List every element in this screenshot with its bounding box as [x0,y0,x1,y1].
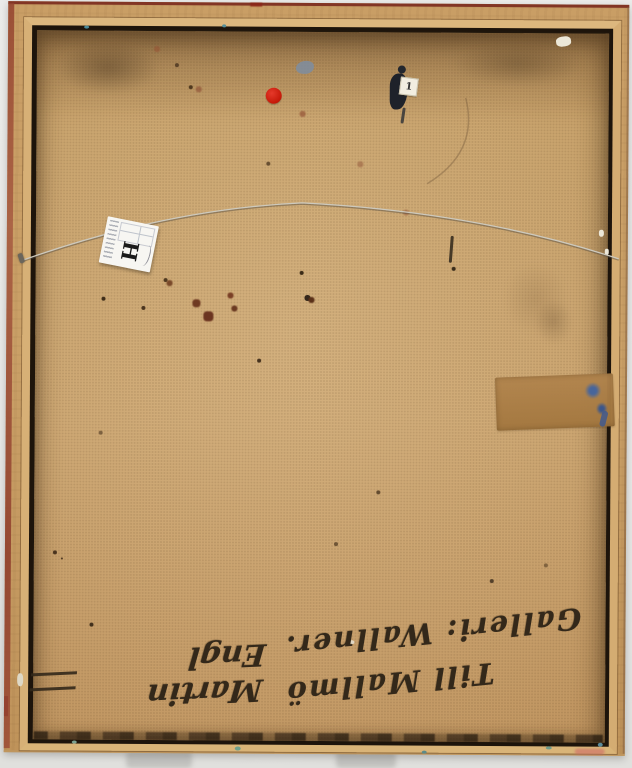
red-dot-sticker [266,88,282,104]
auction-label: H [99,216,159,272]
pink-paint-smudge [575,749,605,755]
photo-back-of-framed-painting: 1 H Till Mallmö Galleri: Wallner. Martin… [0,0,632,768]
faint-scratch-arc [427,98,468,184]
teal-paint-fleck [546,746,552,749]
artist-signature: Martin Engl [27,636,267,717]
drip-tail [400,107,405,123]
easel-shadow-left [126,752,192,768]
picture-frame: 1 H Till Mallmö Galleri: Wallner. Martin… [4,1,630,756]
vertical-scratch-mark [449,236,454,263]
white-paint-chip [555,36,571,48]
red-paint-dab-top [250,3,262,7]
red-paint-edge-mark [4,696,8,716]
teal-paint-fleck [222,24,226,27]
stain-layer: 1 H Till Mallmö Galleri: Wallner. Martin… [4,1,630,756]
signature-name: Martin Engl [83,636,268,715]
brown-paint-specks [8,1,10,3]
white-paint-chip [599,230,604,237]
teal-paint-fleck [84,26,89,29]
lot-number-sticker: 1 [399,76,419,96]
wire-nail [17,253,25,264]
teal-paint-fleck [422,751,427,754]
teal-paint-fleck [598,743,603,747]
blue-gray-paint-spot [296,61,314,74]
drip-head [398,65,406,73]
dedication-inscription: Till Mallmö Galleri: Wallner. [284,587,585,717]
teal-paint-fleck [72,741,77,744]
signature-flourish [29,671,76,691]
lot-number: 1 [405,81,413,93]
teal-paint-fleck [235,747,241,751]
white-paint-chip [17,673,23,686]
white-paint-chip [605,249,609,255]
